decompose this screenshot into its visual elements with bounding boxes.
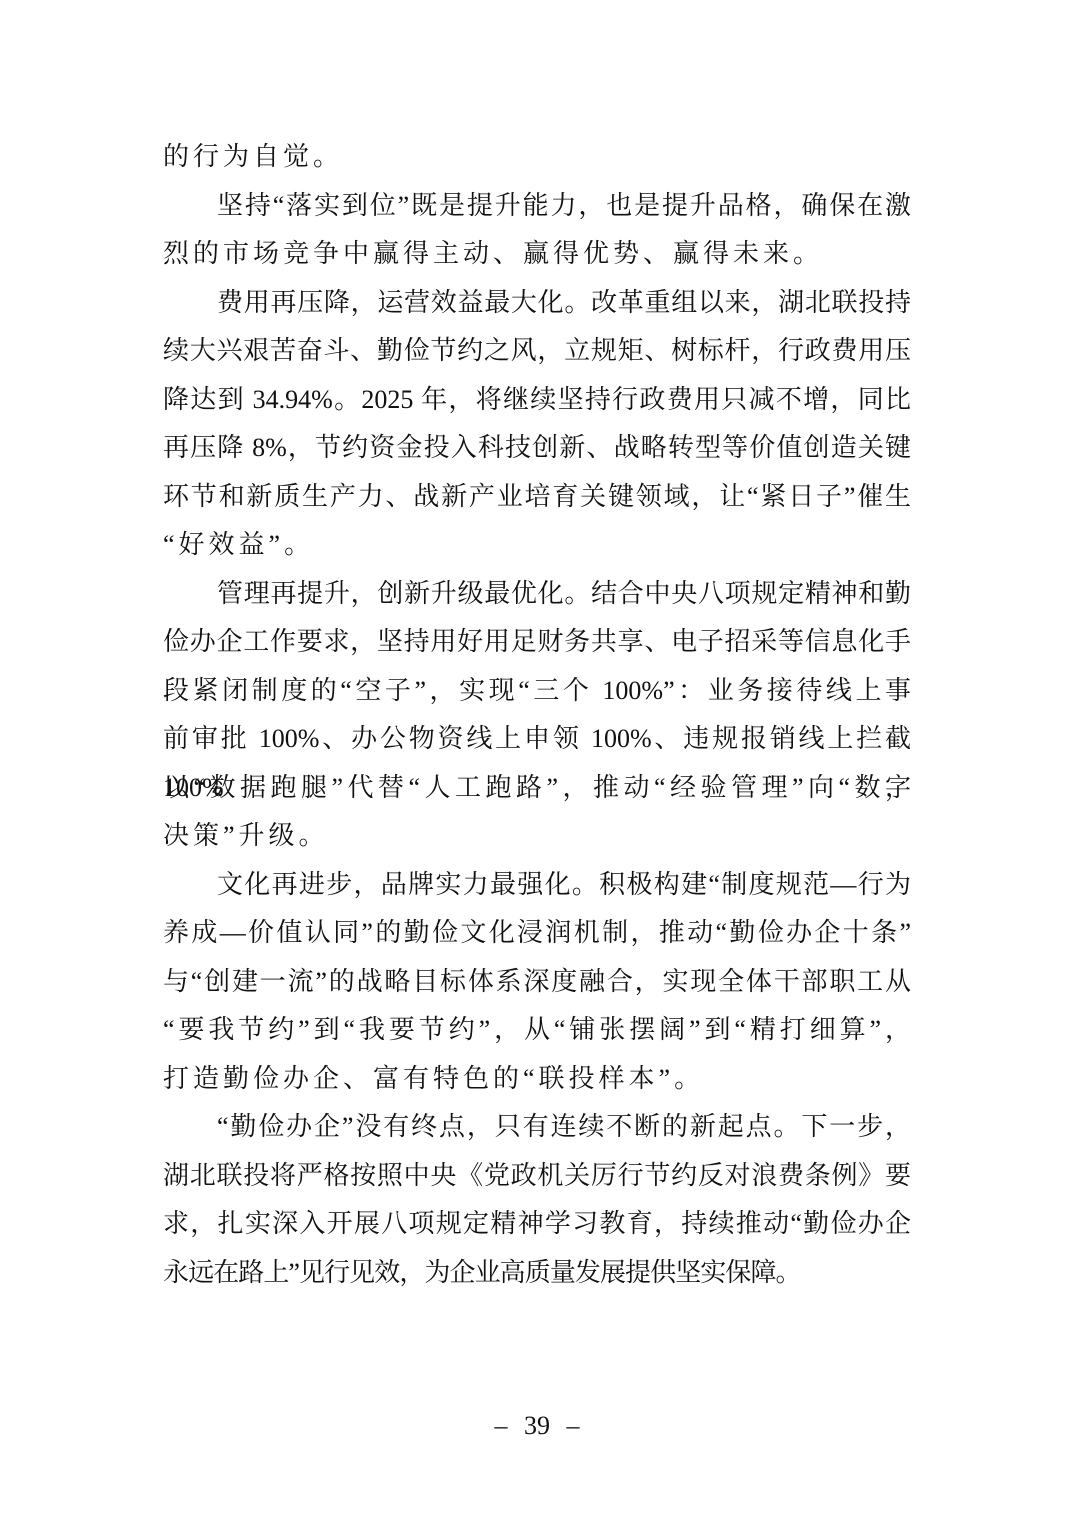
text-line: 的行为自觉。 [163, 133, 911, 182]
text-line: 烈的市场竞争中赢得主动、赢得优势、赢得未来。 [163, 230, 911, 279]
document-body: 的行为自觉。 坚持“落实到位”既是提升能力，也是提升品格，确保在激 烈的市场竞争… [163, 133, 911, 1297]
text-line: 求，扎实深入开展八项规定精神学习教育，持续推动“勤俭办企 [163, 1200, 911, 1249]
page-number: – 39 – [0, 1402, 1074, 1450]
text-line: 永远在路上”见行见效，为企业高质量发展提供坚实保障。 [163, 1249, 911, 1298]
text-line: 坚持“落实到位”既是提升能力，也是提升品格，确保在激 [163, 182, 911, 231]
text-line: 文化再进步，品牌实力最强化。积极构建“制度规范—行为 [163, 861, 911, 910]
text-line: 打造勤俭办企、富有特色的“联投样本”。 [163, 1055, 911, 1104]
text-line: “要我节约”到“我要节约”，从“铺张摆阔”到“精打细算”， [163, 1006, 911, 1055]
text-line: 湖北联投将严格按照中央《党政机关厉行节约反对浪费条例》要 [163, 1152, 911, 1201]
text-line: “好效益”。 [163, 521, 911, 570]
text-line: 再压降 8%，节约资金投入科技创新、战略转型等价值创造关键 [163, 424, 911, 473]
text-line: 环节和新质生产力、战新产业培育关键领域，让“紧日子”催生 [163, 473, 911, 522]
text-line: 决策”升级。 [163, 812, 911, 861]
text-line: 养成—价值认同”的勤俭文化浸润机制，推动“勤俭办企十条” [163, 909, 911, 958]
text-line: 段紧闭制度的“空子”，实现“三个 100%”：业务接待线上事 [163, 667, 911, 716]
text-line: “勤俭办企”没有终点，只有连续不断的新起点。下一步， [163, 1103, 911, 1152]
text-line: 续大兴艰苦奋斗、勤俭节约之风，立规矩、树标杆，行政费用压 [163, 327, 911, 376]
text-line: 以“数据跑腿”代替“人工跑路”，推动“经验管理”向“数字 [163, 764, 911, 813]
text-line: 与“创建一流”的战略目标体系深度融合，实现全体干部职工从 [163, 958, 911, 1007]
text-line: 管理再提升，创新升级最优化。结合中央八项规定精神和勤 [163, 570, 911, 619]
text-line: 前审批 100%、办公物资线上申领 100%、违规报销线上拦截 100%， [163, 715, 911, 764]
text-line: 费用再压降，运营效益最大化。改革重组以来，湖北联投持 [163, 279, 911, 328]
text-line: 降达到 34.94%。2025 年，将继续坚持行政费用只减不增，同比 [163, 376, 911, 425]
text-line: 俭办企工作要求，坚持用好用足财务共享、电子招采等信息化手 [163, 618, 911, 667]
document-page: 的行为自觉。 坚持“落实到位”既是提升能力，也是提升品格，确保在激 烈的市场竞争… [0, 0, 1074, 1520]
